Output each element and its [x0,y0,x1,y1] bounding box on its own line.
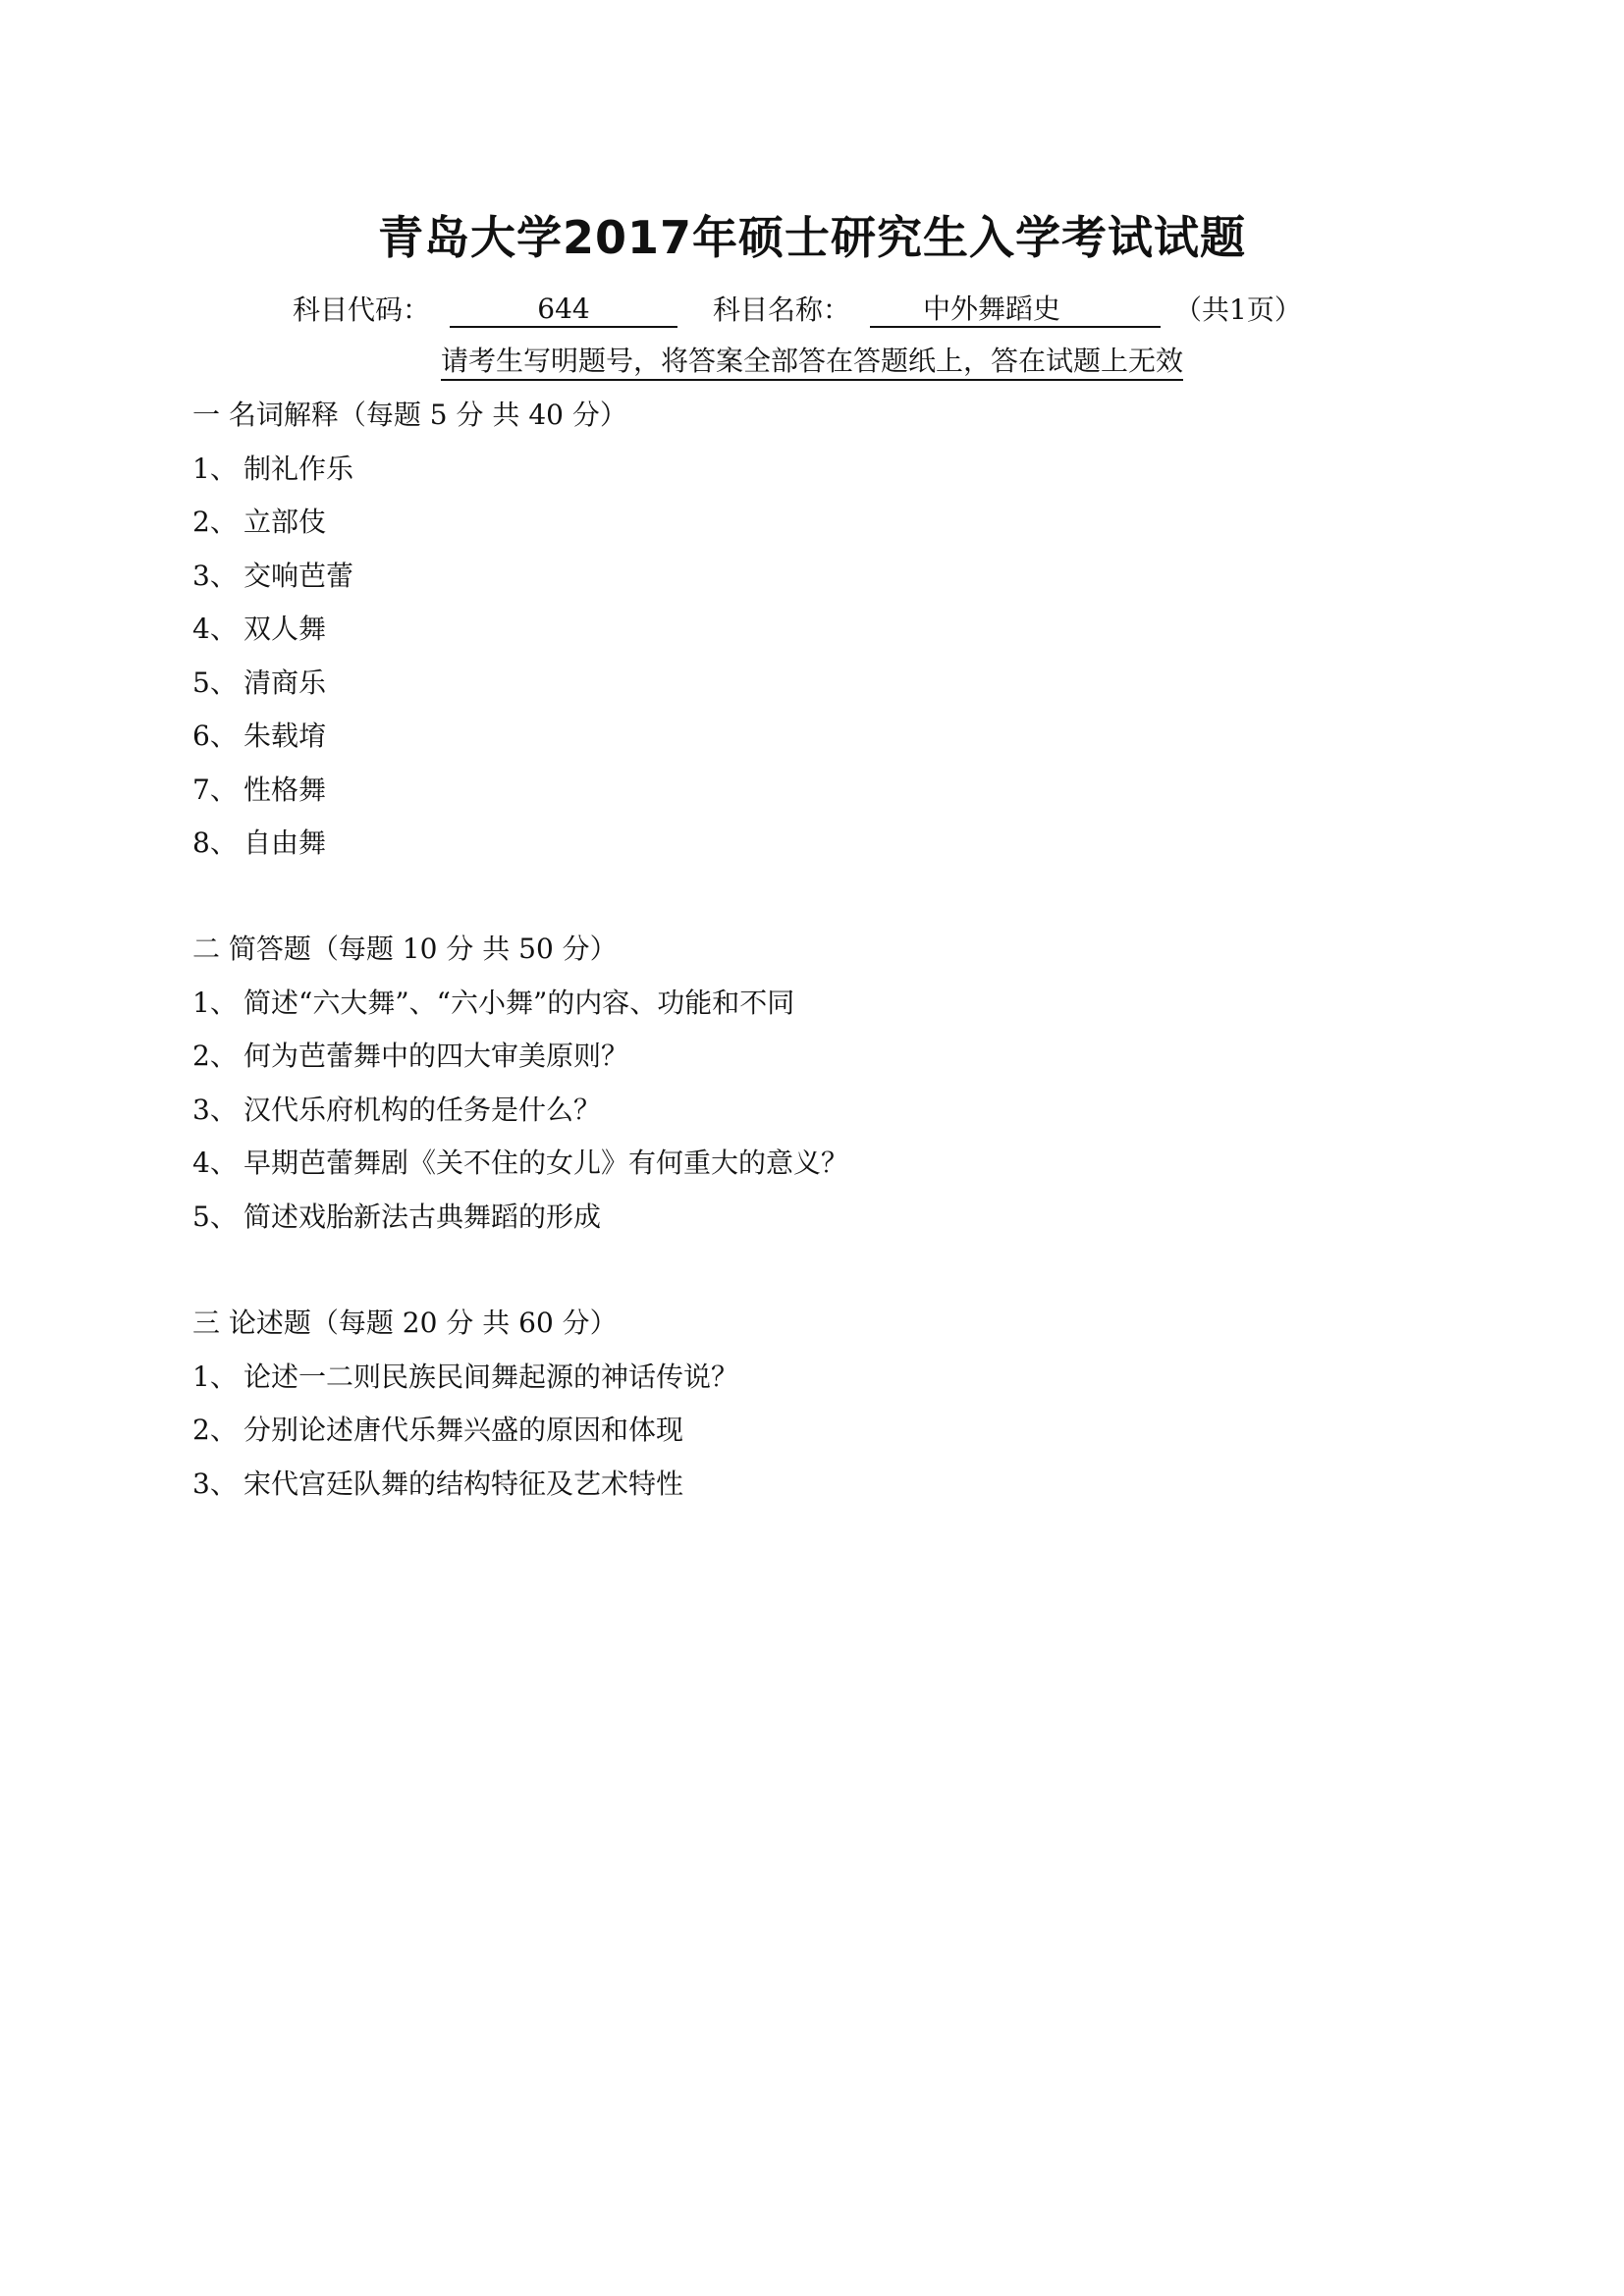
subject-name-value: 中外舞蹈史 [870,293,1161,328]
section-heading-2: 二 简答题（每题 10 分 共 50 分） [192,930,618,969]
question-text: 清商乐 [244,667,326,699]
question-number: 5、 [192,664,244,703]
page-count: （共1页） [1174,293,1302,328]
question-number: 3、 [192,1465,244,1504]
question-item: 5、清商乐 [192,664,326,703]
subject-code-value: 644 [450,293,677,328]
question-text: 汉代乐府机构的任务是什么？ [244,1094,601,1126]
section-heading-3: 三 论述题（每题 20 分 共 60 分） [192,1304,618,1343]
question-item: 8、自由舞 [192,824,326,863]
question-number: 2、 [192,1411,244,1450]
question-number: 1、 [192,450,244,489]
question-text: 制礼作乐 [244,453,353,485]
question-item: 2、立部伎 [192,503,326,542]
question-number: 1、 [192,1358,244,1397]
exam-title: 青岛大学2017年硕士研究生入学考试试题 [0,208,1624,267]
question-text: 宋代宫廷队舞的结构特征及艺术特性 [244,1468,683,1500]
question-item: 4、早期芭蕾舞剧《关不住的女儿》有何重大的意义？ [192,1144,848,1183]
question-number: 7、 [192,771,244,810]
question-text: 早期芭蕾舞剧《关不住的女儿》有何重大的意义？ [244,1147,848,1179]
question-text: 交响芭蕾 [244,560,353,592]
question-text: 立部伎 [244,506,326,538]
question-item: 5、简述戏胎新法古典舞蹈的形成 [192,1198,601,1237]
question-number: 1、 [192,984,244,1023]
question-number: 4、 [192,610,244,649]
question-number: 3、 [192,1091,244,1130]
question-item: 6、朱载堉 [192,717,326,756]
question-text: 简述“六大舞”、“六小舞”的内容、功能和不同 [244,987,794,1019]
question-text: 论述一二则民族民间舞起源的神话传说？ [244,1361,738,1393]
question-item: 3、宋代宫廷队舞的结构特征及艺术特性 [192,1465,683,1504]
question-item: 1、论述一二则民族民间舞起源的神话传说？ [192,1358,738,1397]
question-number: 2、 [192,503,244,542]
question-item: 2、分别论述唐代乐舞兴盛的原因和体现 [192,1411,683,1450]
question-text: 简述戏胎新法古典舞蹈的形成 [244,1201,601,1233]
question-item: 7、性格舞 [192,771,326,810]
question-item: 1、制礼作乐 [192,450,353,489]
question-text: 双人舞 [244,613,326,645]
subject-info-row: 科目代码： 644 科目名称： 中外舞蹈史 （共1页） [293,289,1302,328]
exam-notice-text: 请考生写明题号，将答案全部答在答题纸上，答在试题上无效 [441,345,1183,381]
question-item: 1、简述“六大舞”、“六小舞”的内容、功能和不同 [192,984,794,1023]
question-number: 2、 [192,1037,244,1076]
subject-name-label: 科目名称： [713,293,850,328]
question-number: 8、 [192,824,244,863]
question-text: 朱载堉 [244,720,326,752]
question-number: 3、 [192,557,244,596]
question-item: 2、何为芭蕾舞中的四大审美原则？ [192,1037,628,1076]
question-item: 3、汉代乐府机构的任务是什么？ [192,1091,601,1130]
question-text: 性格舞 [244,774,326,806]
exam-notice: 请考生写明题号，将答案全部答在答题纸上，答在试题上无效 [0,342,1624,381]
section-heading-1: 一 名词解释（每题 5 分 共 40 分） [192,396,627,435]
question-text: 分别论述唐代乐舞兴盛的原因和体现 [244,1414,683,1446]
question-number: 6、 [192,717,244,756]
exam-page: 青岛大学2017年硕士研究生入学考试试题 科目代码： 644 科目名称： 中外舞… [0,0,1624,2296]
subject-code-label: 科目代码： [293,293,430,328]
question-number: 5、 [192,1198,244,1237]
question-number: 4、 [192,1144,244,1183]
question-item: 4、双人舞 [192,610,326,649]
question-text: 何为芭蕾舞中的四大审美原则？ [244,1040,628,1072]
question-text: 自由舞 [244,827,326,859]
question-item: 3、交响芭蕾 [192,557,353,596]
